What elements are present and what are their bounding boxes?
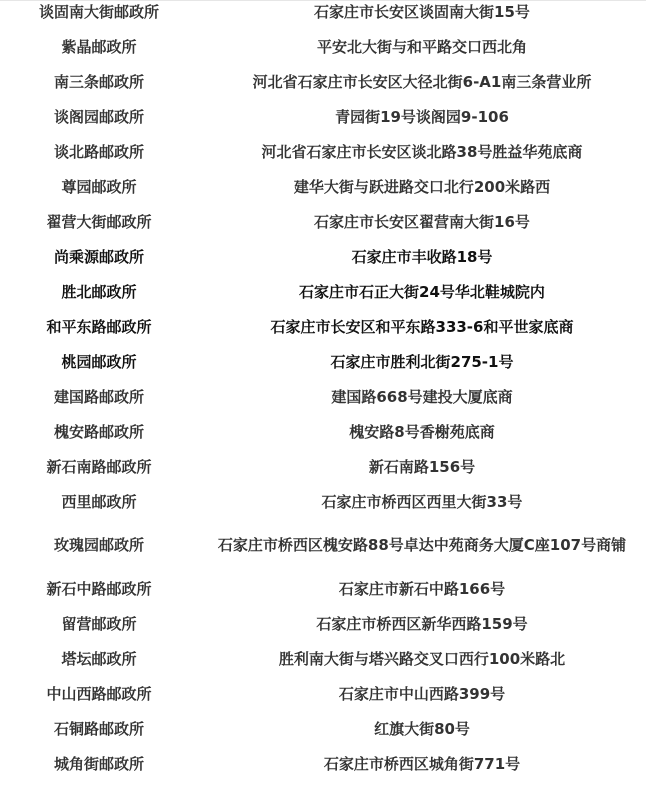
office-address: 石家庄市丰收路18号 <box>198 239 646 274</box>
office-name: 留营邮政所 <box>0 606 198 641</box>
table-row: 中山西路邮政所石家庄市中山西路399号 <box>0 676 646 711</box>
office-address: 平安北大街与和平路交口西北角 <box>198 29 646 64</box>
table-row: 玫瑰园邮政所石家庄市桥西区槐安路88号卓达中苑商务大厦C座107号商铺 <box>0 519 646 571</box>
office-address: 石家庄市长安区谈固南大街15号 <box>198 0 646 29</box>
table-row: 建国路邮政所建国路668号建投大厦底商 <box>0 379 646 414</box>
table-row: 新石南路邮政所新石南路156号 <box>0 449 646 484</box>
table-row: 胜北邮政所石家庄市石正大街24号华北鞋城院内 <box>0 274 646 309</box>
table-row: 尊园邮政所建华大街与跃进路交口北行200米路西 <box>0 169 646 204</box>
office-name: 和平东路邮政所 <box>0 309 198 344</box>
office-name: 尊园邮政所 <box>0 169 198 204</box>
office-name: 新石南路邮政所 <box>0 449 198 484</box>
table-body: 谈固南大街邮政所石家庄市长安区谈固南大街15号 紫晶邮政所平安北大街与和平路交口… <box>0 0 646 781</box>
office-name: 塔坛邮政所 <box>0 641 198 676</box>
post-office-table: 谈固南大街邮政所石家庄市长安区谈固南大街15号 紫晶邮政所平安北大街与和平路交口… <box>0 0 646 781</box>
table-row: 谈固南大街邮政所石家庄市长安区谈固南大街15号 <box>0 0 646 29</box>
office-address: 河北省石家庄市长安区大径北街6-A1南三条营业所 <box>198 64 646 99</box>
table-row: 谈阁园邮政所青园街19号谈阁园9-106 <box>0 99 646 134</box>
office-name: 尚乘源邮政所 <box>0 239 198 274</box>
office-name: 紫晶邮政所 <box>0 29 198 64</box>
table-row: 西里邮政所石家庄市桥西区西里大街33号 <box>0 484 646 519</box>
office-name: 玫瑰园邮政所 <box>0 519 198 571</box>
office-address: 石家庄市长安区和平东路333-6和平世家底商 <box>198 309 646 344</box>
office-name: 西里邮政所 <box>0 484 198 519</box>
office-address: 建华大街与跃进路交口北行200米路西 <box>198 169 646 204</box>
office-name: 谈北路邮政所 <box>0 134 198 169</box>
office-address: 石家庄市桥西区西里大街33号 <box>198 484 646 519</box>
office-address: 石家庄市新石中路166号 <box>198 571 646 606</box>
office-address: 红旗大街80号 <box>198 711 646 746</box>
office-address: 建国路668号建投大厦底商 <box>198 379 646 414</box>
table-row: 翟营大街邮政所石家庄市长安区翟营南大街16号 <box>0 204 646 239</box>
office-name: 建国路邮政所 <box>0 379 198 414</box>
table-row: 南三条邮政所河北省石家庄市长安区大径北街6-A1南三条营业所 <box>0 64 646 99</box>
office-name: 新石中路邮政所 <box>0 571 198 606</box>
office-name: 翟营大街邮政所 <box>0 204 198 239</box>
office-name: 桃园邮政所 <box>0 344 198 379</box>
office-name: 谈固南大街邮政所 <box>0 0 198 29</box>
office-name: 南三条邮政所 <box>0 64 198 99</box>
table-row: 谈北路邮政所河北省石家庄市长安区谈北路38号胜益华苑底商 <box>0 134 646 169</box>
office-address: 槐安路8号香榭苑底商 <box>198 414 646 449</box>
office-address: 石家庄市长安区翟营南大街16号 <box>198 204 646 239</box>
office-address: 石家庄市胜利北街275-1号 <box>198 344 646 379</box>
table-row: 塔坛邮政所胜利南大街与塔兴路交叉口西行100米路北 <box>0 641 646 676</box>
table-row: 和平东路邮政所石家庄市长安区和平东路333-6和平世家底商 <box>0 309 646 344</box>
office-name: 槐安路邮政所 <box>0 414 198 449</box>
office-address: 石家庄市桥西区城角街771号 <box>198 746 646 781</box>
office-address: 胜利南大街与塔兴路交叉口西行100米路北 <box>198 641 646 676</box>
office-address: 石家庄市中山西路399号 <box>198 676 646 711</box>
office-address: 新石南路156号 <box>198 449 646 484</box>
office-address: 河北省石家庄市长安区谈北路38号胜益华苑底商 <box>198 134 646 169</box>
table-row: 城角街邮政所石家庄市桥西区城角街771号 <box>0 746 646 781</box>
office-name: 谈阁园邮政所 <box>0 99 198 134</box>
office-address: 石家庄市石正大街24号华北鞋城院内 <box>198 274 646 309</box>
table-row: 紫晶邮政所平安北大街与和平路交口西北角 <box>0 29 646 64</box>
table-row: 新石中路邮政所石家庄市新石中路166号 <box>0 571 646 606</box>
office-name: 城角街邮政所 <box>0 746 198 781</box>
table-row: 石铜路邮政所红旗大街80号 <box>0 711 646 746</box>
office-name: 胜北邮政所 <box>0 274 198 309</box>
office-address: 石家庄市桥西区槐安路88号卓达中苑商务大厦C座107号商铺 <box>198 519 646 571</box>
table-row: 尚乘源邮政所石家庄市丰收路18号 <box>0 239 646 274</box>
office-name: 中山西路邮政所 <box>0 676 198 711</box>
table-row: 槐安路邮政所槐安路8号香榭苑底商 <box>0 414 646 449</box>
table-row: 桃园邮政所石家庄市胜利北街275-1号 <box>0 344 646 379</box>
office-address: 石家庄市桥西区新华西路159号 <box>198 606 646 641</box>
table-row: 留营邮政所石家庄市桥西区新华西路159号 <box>0 606 646 641</box>
office-name: 石铜路邮政所 <box>0 711 198 746</box>
office-address: 青园街19号谈阁园9-106 <box>198 99 646 134</box>
